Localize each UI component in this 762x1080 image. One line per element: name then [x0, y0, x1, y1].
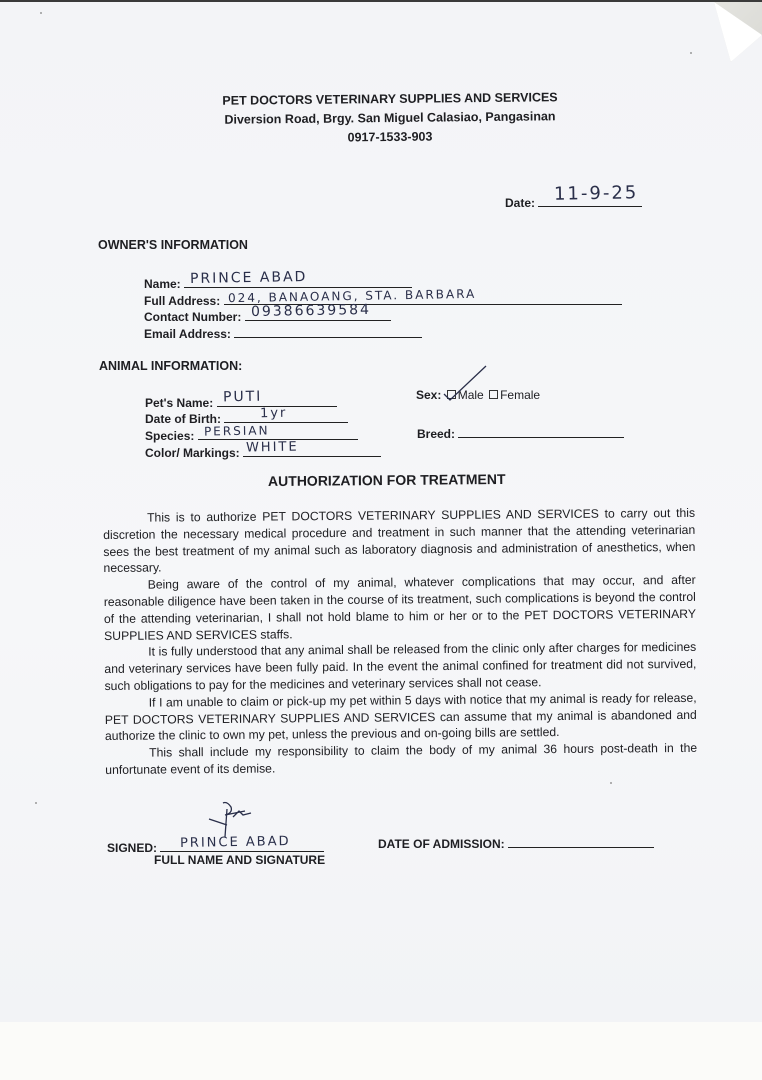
- authorization-body: This is to authorize PET DOCTORS VETERIN…: [103, 505, 697, 779]
- owner-contact-field[interactable]: Contact Number: 09386639584: [144, 306, 391, 324]
- owner-email-field[interactable]: Email Address:: [144, 323, 422, 341]
- checkmark-icon: [440, 364, 490, 404]
- paragraph: This is to authorize PET DOCTORS VETERIN…: [103, 505, 696, 577]
- owner-contact-value: 09386639584: [251, 302, 371, 320]
- dob-value: 1yr: [260, 406, 288, 421]
- scan-background: [0, 1022, 762, 1080]
- owner-contact-line[interactable]: 09386639584: [245, 306, 391, 321]
- owner-name-line[interactable]: PRINCE ABAD: [184, 273, 412, 288]
- date-label: Date:: [505, 196, 535, 210]
- color-field[interactable]: Color/ Markings: WHITE: [145, 442, 381, 460]
- pet-name-value: PUTI: [222, 389, 262, 406]
- color-value: WHITE: [246, 440, 299, 456]
- animal-section-title: ANIMAL INFORMATION:: [99, 359, 242, 373]
- date-value: 11-9-25: [554, 182, 639, 204]
- color-label: Color/ Markings:: [145, 446, 240, 460]
- species-label: Species:: [145, 429, 194, 443]
- form-page: PET DOCTORS VETERINARY SUPPLIES AND SERV…: [0, 0, 762, 1024]
- signature-caption: FULL NAME AND SIGNATURE: [154, 853, 325, 867]
- breed-label: Breed:: [417, 427, 455, 441]
- authorization-title: AUTHORIZATION FOR TREATMENT: [268, 471, 506, 489]
- sex-option-female[interactable]: Female: [500, 388, 540, 402]
- date-line[interactable]: 11-9-25: [538, 192, 642, 207]
- owner-name-label: Name:: [144, 277, 181, 291]
- paragraph: This shall include my responsibility to …: [105, 740, 697, 779]
- owner-email-line[interactable]: [234, 323, 422, 338]
- color-line[interactable]: WHITE: [243, 442, 381, 457]
- signed-value: PRINCE ABAD: [180, 834, 291, 851]
- owner-email-label: Email Address:: [144, 327, 231, 341]
- signed-label: SIGNED:: [107, 841, 157, 855]
- species-value: PERSIAN: [204, 423, 270, 438]
- paper-speck: [35, 802, 37, 804]
- paragraph: It is fully understood that any animal s…: [104, 639, 696, 695]
- paper-speck: [690, 52, 692, 54]
- paper-speck: [40, 12, 42, 14]
- sex-label: Sex:: [416, 388, 441, 402]
- checkbox-icon[interactable]: [489, 390, 498, 399]
- paper-speck: [610, 782, 612, 784]
- paragraph: If I am unable to claim or pick-up my pe…: [105, 690, 697, 746]
- dob-line[interactable]: 1yr: [224, 408, 348, 423]
- paragraph: Being aware of the control of my animal,…: [104, 572, 697, 644]
- breed-line[interactable]: [458, 423, 624, 438]
- admission-line[interactable]: [508, 833, 654, 848]
- owner-name-value: PRINCE ABAD: [190, 269, 308, 287]
- species-line[interactable]: PERSIAN: [198, 425, 358, 440]
- signed-line[interactable]: PRINCE ABAD: [160, 837, 324, 852]
- admission-label: DATE OF ADMISSION:: [378, 837, 505, 851]
- breed-field[interactable]: Breed:: [417, 423, 624, 441]
- letterhead: PET DOCTORS VETERINARY SUPPLIES AND SERV…: [0, 90, 762, 147]
- date-field[interactable]: Date: 11-9-25: [505, 192, 642, 210]
- pet-name-line[interactable]: PUTI: [217, 392, 337, 407]
- owner-section-title: OWNER'S INFORMATION: [98, 238, 248, 252]
- admission-date-field[interactable]: DATE OF ADMISSION:: [378, 833, 654, 851]
- owner-contact-label: Contact Number:: [144, 310, 241, 324]
- signature-scribble: [205, 797, 265, 837]
